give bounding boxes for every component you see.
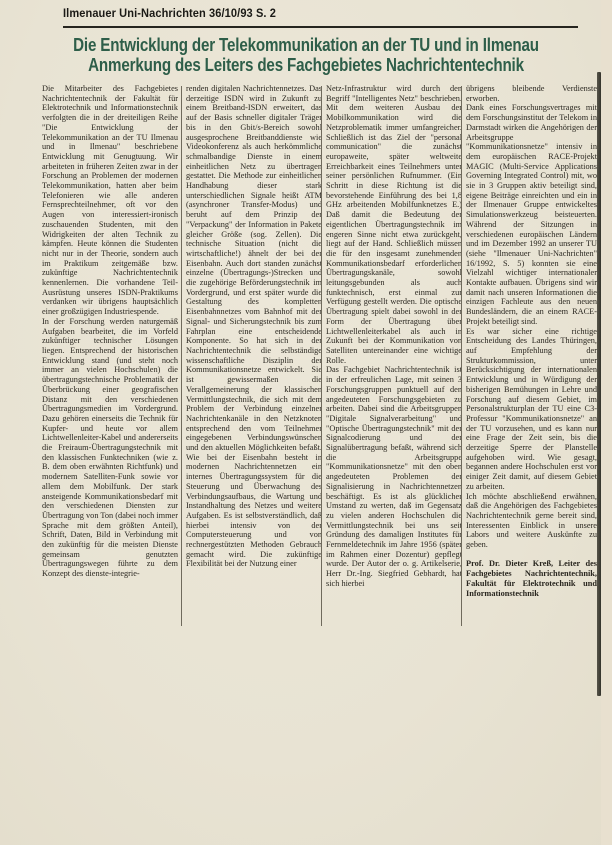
- masthead-divider: [63, 26, 578, 28]
- article-column-2: renden digitalen Nachrichtennetzes. Das …: [186, 84, 322, 636]
- article-title: Die Entwicklung der Telekommunikation an…: [55, 35, 557, 74]
- scan-edge-shadow: [597, 72, 601, 696]
- article-column-1: Die Mitarbeiter des Fachgebietes Nachric…: [42, 84, 178, 636]
- article-column-3: Netz-Infrastruktur wird durch den Begrif…: [326, 84, 462, 636]
- article-paragraph: übrigens bleibende Verdienste erworben.: [466, 84, 597, 103]
- article-paragraph: In der Forschung werden naturgemäß Aufga…: [42, 317, 178, 579]
- author-signature: Prof. Dr. Dieter Kreß, Leiter des Fachge…: [466, 559, 597, 598]
- article-paragraph: Netz-Infrastruktur wird durch den Begrif…: [326, 84, 462, 365]
- column-divider: [321, 86, 322, 626]
- article-title-line-1: Die Entwicklung der Telekommunikation an…: [55, 35, 557, 55]
- column-divider: [461, 86, 462, 626]
- scan-right-margin: [601, 0, 612, 845]
- article-paragraph: renden digitalen Nachrichtennetzes. Das …: [186, 84, 322, 569]
- article-paragraph: Die Mitarbeiter des Fachgebietes Nachric…: [42, 84, 178, 317]
- column-divider: [181, 86, 182, 626]
- article-paragraph: Dank eines Forschungsvertrages mit dem F…: [466, 103, 597, 326]
- article-paragraph: Das Fachgebiet Nachrichtentechnik ist in…: [326, 365, 462, 588]
- masthead: Ilmenauer Uni-Nachrichten 36/10/93 S. 2: [63, 8, 276, 20]
- article-title-line-2: Anmerkung des Leiters des Fachgebietes N…: [55, 55, 557, 75]
- article-paragraph: Ich möchte abschließend erwähnen, daß di…: [466, 492, 597, 550]
- article-column-4: übrigens bleibende Verdienste erworben. …: [466, 84, 597, 636]
- newsletter-page: Ilmenauer Uni-Nachrichten 36/10/93 S. 2 …: [0, 0, 612, 845]
- article-paragraph: Es war sicher eine richtige Entscheidung…: [466, 327, 597, 492]
